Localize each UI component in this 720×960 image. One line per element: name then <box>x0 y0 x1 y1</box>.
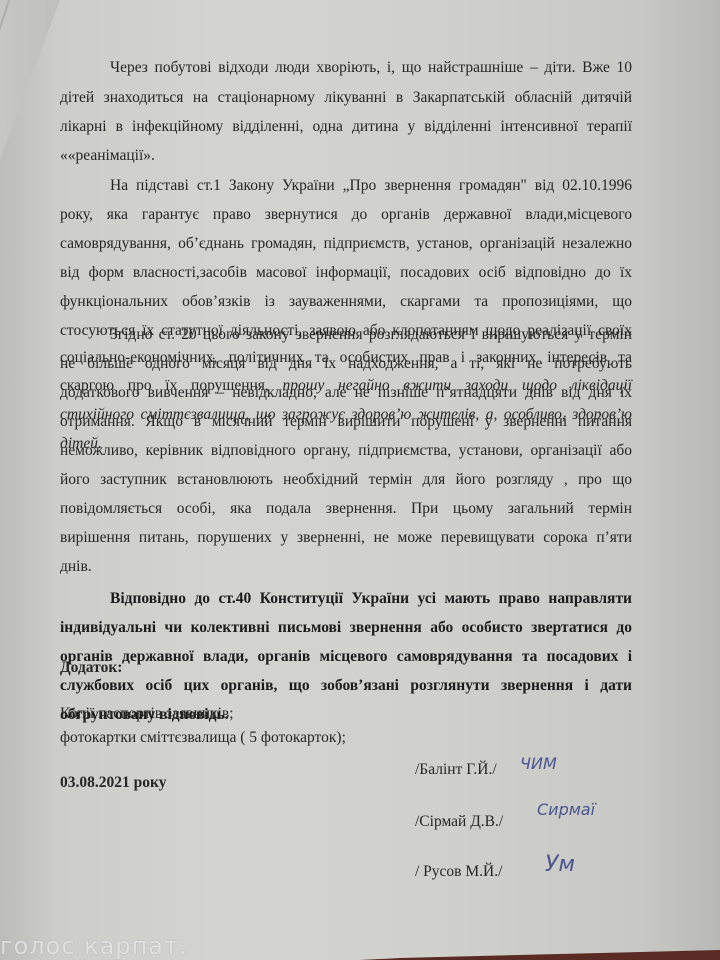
p4-line: органів державної влади, органів місцево… <box>60 647 632 667</box>
p3-line: днів. <box>60 557 632 577</box>
p3-line: додаткового вивчення – невідкладно, але … <box>60 383 632 403</box>
handwritten-signature: ЧИМ <box>520 754 557 773</box>
p3-line: Згідно ст. 20 цього закону звернення роз… <box>110 325 632 345</box>
p3-line: отримання. Якщо в місячний термін виріши… <box>60 412 632 432</box>
p4-line: індивідуальні чи колективні письмові зве… <box>60 618 632 638</box>
shadow <box>640 0 720 960</box>
p1-line: дітей знаходиться на стаціонарному лікув… <box>60 88 632 108</box>
signatory-name: / Русов М.Й./ <box>415 862 502 882</box>
p2-line: На підставі ст.1 Закону України „Про зве… <box>110 176 632 196</box>
p3-line: його заступник встановлюють необхідний т… <box>60 470 632 490</box>
handwritten-signature: Сирмаї <box>537 800 595 819</box>
p1-line: Через побутові відходи люди хворіють, і,… <box>110 58 632 78</box>
p2-line: самоврядування, об’єднань громадян, підп… <box>60 234 632 254</box>
document-date: 03.08.2021 року <box>60 773 166 793</box>
handwritten-signature: Ум <box>545 852 575 877</box>
p3-line: повідомляється особі, яка подала звернен… <box>60 499 632 519</box>
appendix-item: фотокартки сміттєзвалища ( 5 фотокарток)… <box>60 728 346 748</box>
p4-line: Відповідно до ст.40 Конституції України … <box>110 589 632 609</box>
watermark-logo: голос карпат. <box>0 932 188 960</box>
table-edge <box>360 950 720 960</box>
document-photo: Через побутові відходи люди хворіють, і,… <box>0 0 720 960</box>
p2-line: функціональних обов’язків із зауваженням… <box>60 292 632 312</box>
p1-line: лікарні в інфекційному відділенні, одна … <box>60 117 632 137</box>
paper-fold <box>0 0 60 960</box>
signatory-name: /Сірмай Д.В./ <box>415 812 503 832</box>
p2-line: року, яка гарантує право звернутися до о… <box>60 205 632 225</box>
p4-line: службових осіб цих органів, що зобов’яза… <box>60 676 632 696</box>
signatory-name: /Балінт Г.Й./ <box>415 760 497 780</box>
p1-line: ««реанімації». <box>60 146 632 166</box>
p3-line: вирішення питань, порушених у зверненні,… <box>60 528 632 548</box>
p2-line: від форм власності,засобів масової інфор… <box>60 263 632 283</box>
p3-line: не більше одного місяця від дня їх надхо… <box>60 354 632 374</box>
appendix-item: Копії паспортів заявників; <box>60 704 234 724</box>
appendix-heading: Додаток: <box>60 658 122 678</box>
p3-line: неможливо, керівник відповідного органу,… <box>60 441 632 461</box>
